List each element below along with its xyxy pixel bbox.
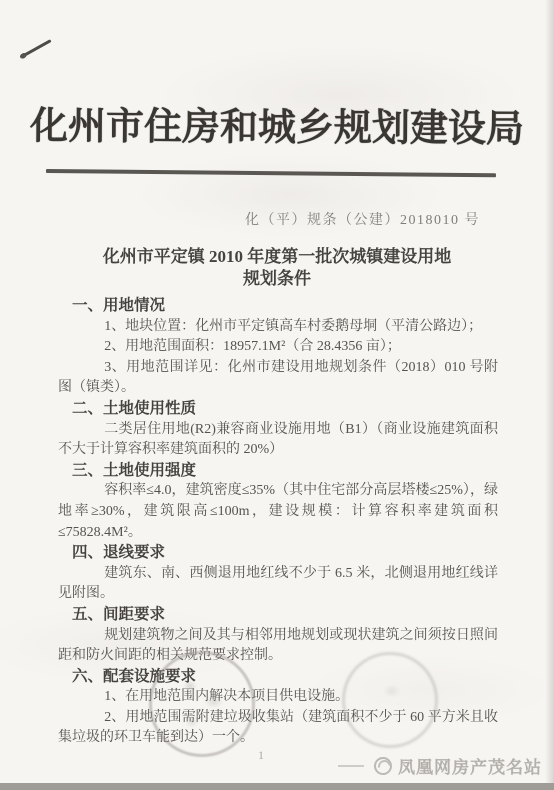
section-paragraph: 二类居住用地(R2)兼容商业设施用地（B1）（商业设施建筑面积不大于计算容积率建… (58, 420, 498, 461)
section-paragraph: 1、在用地范围内解决本项目供电设施。 (58, 687, 498, 708)
section-supporting-facilities: 六、配套设施要求 1、在用地范围内解决本项目供电设施。 2、用地范围需附建垃圾收… (58, 667, 498, 749)
section-land-use-intensity: 三、土地使用强度 容积率≤4.0，建筑密度≤35%（其中住宅部分高层塔楼≤25%… (58, 461, 498, 543)
section-land-info: 一、用地情况 1、地块位置：化州市平定镇高车村委鹅母垌（平清公路边）； 2、用地… (58, 296, 498, 399)
section-heading: 四、退线要求 (58, 543, 498, 564)
section-heading: 三、土地使用强度 (58, 461, 498, 482)
document-title-line1: 化州市平定镇 2010 年度第一批次城镇建设用地 (0, 246, 554, 268)
watermark-text: 凤凰网房产茂名站 (398, 753, 542, 778)
section-paragraph: 建筑东、南、西侧退用地红线不少于 6.5 米，北侧退用地红线详见附图。 (58, 564, 498, 605)
phoenix-logo-icon (374, 757, 392, 775)
section-paragraph: 规划建筑物之间及其与相邻用地规划或现状建筑之间须按日照间距和防火间距的相关规范要… (58, 626, 498, 667)
section-land-use-nature: 二、土地使用性质 二类居住用地(R2)兼容商业设施用地（B1）（商业设施建筑面积… (58, 399, 498, 461)
section-paragraph: 1、地块位置：化州市平定镇高车村委鹅母垌（平清公路边）； (58, 317, 498, 338)
pen-mark (21, 39, 51, 58)
scanned-document-page: 化州市住房和城乡规划建设局 化（平）规条（公建）2018010 号 化州市平定镇… (0, 0, 554, 790)
section-setback-requirements: 四、退线要求 建筑东、南、西侧退用地红线不少于 6.5 米，北侧退用地红线详见附… (58, 543, 498, 605)
section-paragraph: 2、用地范围需附建垃圾收集站（建筑面积不少于 60 平方米且收集垃圾的环卫车能到… (58, 708, 498, 749)
watermark: 凤凰网房产茂名站 (338, 753, 542, 778)
document-body: 一、用地情况 1、地块位置：化州市平定镇高车村委鹅母垌（平清公路边）； 2、用地… (58, 296, 498, 749)
letterhead-title: 化州市住房和城乡规划建设局 (28, 94, 526, 152)
section-heading: 五、间距要求 (58, 605, 498, 626)
section-heading: 二、土地使用性质 (58, 399, 498, 420)
section-heading: 一、用地情况 (58, 296, 498, 317)
section-paragraph: 容积率≤4.0，建筑密度≤35%（其中住宅部分高层塔楼≤25%），绿地率≥30%… (58, 481, 498, 543)
section-spacing-requirements: 五、间距要求 规划建筑物之间及其与相邻用地规划或现状建筑之间须按日照间距和防火间… (58, 605, 498, 667)
letterhead-divider (46, 169, 496, 177)
section-heading: 六、配套设施要求 (58, 667, 498, 688)
document-number: 化（平）规条（公建）2018010 号 (0, 209, 480, 229)
paper-edge-right (545, 0, 554, 790)
document-title-line2: 规划条件 (0, 268, 554, 290)
watermark-dash (338, 765, 364, 767)
document-title: 化州市平定镇 2010 年度第一批次城镇建设用地 规划条件 (0, 246, 554, 290)
page-number: 1 (258, 748, 264, 763)
section-paragraph: 3、用地范围详见：化州市建设用地规划条件（2018）010 号附图（镇类）。 (58, 358, 498, 399)
paper-edge-bottom (0, 783, 554, 790)
section-paragraph: 2、用地范围面积：18957.1M²（合 28.4356 亩）； (58, 337, 498, 358)
